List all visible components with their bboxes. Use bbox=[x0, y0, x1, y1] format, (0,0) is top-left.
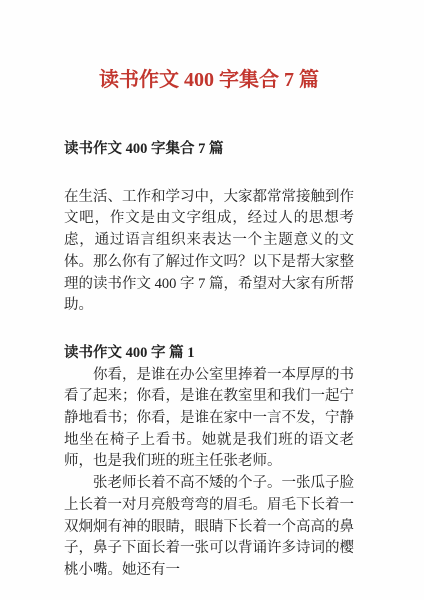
section-1-paragraph: 张老师长着不高不矮的个子。一张瓜子脸上长着一对月亮般弯弯的眉毛。眉毛下长着一双炯… bbox=[64, 473, 354, 582]
section-1-heading: 读书作文 400 字 篇 1 bbox=[64, 343, 354, 365]
document-subtitle: 读书作文 400 字集合 7 篇 bbox=[64, 139, 354, 161]
intro-paragraph: 在生活、工作和学习中，大家都常常接触到作文吧，作文是由文字组成，经过人的思想考虑… bbox=[64, 187, 354, 317]
document-title: 读书作文 400 字集合 7 篇 bbox=[64, 66, 354, 95]
section-1-paragraph: 你看，是谁在办公室里捧着一本厚厚的书看了起来；你看，是谁在教室里和我们一起宁静地… bbox=[64, 365, 354, 474]
document-page: 读书作文 400 字集合 7 篇 读书作文 400 字集合 7 篇 在生活、工作… bbox=[0, 0, 424, 600]
